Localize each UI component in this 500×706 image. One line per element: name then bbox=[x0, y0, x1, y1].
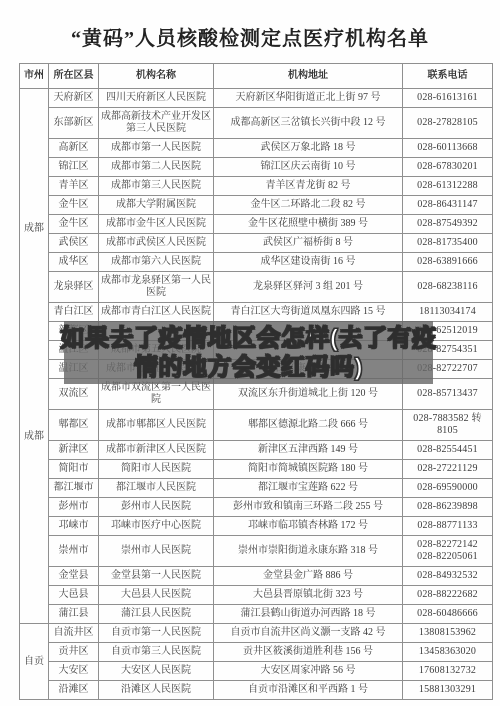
phone-cell: 028-60113668 bbox=[403, 139, 493, 158]
district-cell: 崇州市 bbox=[49, 536, 99, 567]
header-institution-name: 机构名称 bbox=[99, 64, 214, 89]
phone-cell: 13808153962 bbox=[403, 624, 493, 643]
institution-name-cell: 成都市龙泉驿区第一人民医院 bbox=[99, 272, 214, 303]
header-phone: 联系电话 bbox=[403, 64, 493, 89]
page-title: “黄码”人员核酸检测定点医疗机构名单 bbox=[0, 0, 500, 51]
institution-address-cell: 金牛区花照壁中横街 389 号 bbox=[214, 215, 403, 234]
city-label: 成都 bbox=[20, 223, 48, 235]
phone-cell: 028-7883582 转 8105 bbox=[403, 410, 493, 441]
table-row: 金牛区成都市金牛区人民医院金牛区花照壁中横街 389 号028-87549392 bbox=[20, 215, 493, 234]
district-cell: 都江堰市 bbox=[49, 479, 99, 498]
institution-address-cell: 新津区五津西路 149 号 bbox=[214, 441, 403, 460]
institution-name-cell: 成都市第六人民医院 bbox=[99, 253, 214, 272]
institution-name-cell: 成都大学附属医院 bbox=[99, 196, 214, 215]
institution-address-cell: 武侯区万象北路 18 号 bbox=[214, 139, 403, 158]
table-row: 金堂县金堂县第一人民医院金堂县金广路 886 号028-84932532 bbox=[20, 567, 493, 586]
district-cell: 龙泉驿区 bbox=[49, 272, 99, 303]
institution-name-cell: 成都市金牛区人民医院 bbox=[99, 215, 214, 234]
phone-cell: 028-88771133 bbox=[403, 517, 493, 536]
institution-address-cell: 大安区周家冲路 56 号 bbox=[214, 662, 403, 681]
city-label: 成都 bbox=[20, 431, 48, 443]
table-row: 龙泉驿区成都市龙泉驿区第一人民医院龙泉驿区驿河 3 组 201 号028-682… bbox=[20, 272, 493, 303]
district-cell: 贡井区 bbox=[49, 643, 99, 662]
institution-address-cell: 大邑县晋原镇北街 323 号 bbox=[214, 586, 403, 605]
table-row: 成华区成都市第六人民医院成华区建设南街 16 号028-63891666 bbox=[20, 253, 493, 272]
institution-name-cell: 简阳市人民医院 bbox=[99, 460, 214, 479]
city-cell: 成都成都 bbox=[20, 89, 49, 624]
institution-address-cell: 自贡市自流井区尚义灏一支路 42 号 bbox=[214, 624, 403, 643]
institution-address-cell: 武侯区广福桥街 8 号 bbox=[214, 234, 403, 253]
table-row: 高新区成都市第一人民医院武侯区万象北路 18 号028-60113668 bbox=[20, 139, 493, 158]
institution-address-cell: 贡井区筱溪街道胜利巷 156 号 bbox=[214, 643, 403, 662]
institution-name-cell: 金堂县第一人民医院 bbox=[99, 567, 214, 586]
phone-cell: 028-87549392 bbox=[403, 215, 493, 234]
phone-cell: 028-82272142 028-82205061 bbox=[403, 536, 493, 567]
institution-address-cell: 简阳市简城镇医院路 180 号 bbox=[214, 460, 403, 479]
institution-address-cell: 成华区建设南街 16 号 bbox=[214, 253, 403, 272]
header-district: 所在区县 bbox=[49, 64, 99, 89]
phone-cell: 028-61613161 bbox=[403, 89, 493, 108]
overlay-text-line1: 如果去了疫情地区会怎样(去了有疫 bbox=[61, 324, 437, 353]
table-row: 新津区成都市新津区人民医院新津区五津西路 149 号028-82554451 bbox=[20, 441, 493, 460]
district-cell: 郫都区 bbox=[49, 410, 99, 441]
table-row: 沿滩区沿滩区人民医院自贡市沿滩区和平西路 1 号15881303291 bbox=[20, 681, 493, 700]
table-row: 武侯区成都市武侯区人民医院武侯区广福桥街 8 号028-81735400 bbox=[20, 234, 493, 253]
district-cell: 沿滩区 bbox=[49, 681, 99, 700]
table-row: 大安区大安区人民医院大安区周家冲路 56 号17608132732 bbox=[20, 662, 493, 681]
district-cell: 东部新区 bbox=[49, 108, 99, 139]
institution-address-cell: 郫都区德源北路二段 666 号 bbox=[214, 410, 403, 441]
institution-address-cell: 金牛区二环路北二段 82 号 bbox=[214, 196, 403, 215]
table-row: 金牛区成都大学附属医院金牛区二环路北二段 82 号028-86431147 bbox=[20, 196, 493, 215]
institution-name-cell: 大安区人民医院 bbox=[99, 662, 214, 681]
district-cell: 新津区 bbox=[49, 441, 99, 460]
phone-cell: 18113034174 bbox=[403, 303, 493, 322]
institution-address-cell: 龙泉驿区驿河 3 组 201 号 bbox=[214, 272, 403, 303]
header-institution-address: 机构地址 bbox=[214, 64, 403, 89]
institution-name-cell: 都江堰市人民医院 bbox=[99, 479, 214, 498]
institution-address-cell: 都江堰市宝莲路 622 号 bbox=[214, 479, 403, 498]
phone-cell: 028-61312288 bbox=[403, 177, 493, 196]
phone-cell: 17608132732 bbox=[403, 662, 493, 681]
phone-cell: 028-63891666 bbox=[403, 253, 493, 272]
city-label: 自贡 bbox=[20, 656, 48, 668]
city-cell: 自贡 bbox=[20, 624, 49, 700]
phone-cell: 028-82554451 bbox=[403, 441, 493, 460]
institution-name-cell: 成都市青白江区人民医院 bbox=[99, 303, 214, 322]
phone-cell: 028-68238116 bbox=[403, 272, 493, 303]
district-cell: 高新区 bbox=[49, 139, 99, 158]
district-cell: 自流井区 bbox=[49, 624, 99, 643]
table-body: 成都成都天府新区四川天府新区人民医院天府新区华阳街道正北上街 97 号028-6… bbox=[20, 89, 493, 700]
district-cell: 彭州市 bbox=[49, 498, 99, 517]
institution-name-cell: 成都高新技术产业开发区第三人民医院 bbox=[99, 108, 214, 139]
phone-cell: 028-27828105 bbox=[403, 108, 493, 139]
table-row: 青白江区成都市青白江区人民医院青白江区大弯街道凤凰东四路 15 号1811303… bbox=[20, 303, 493, 322]
institution-name-cell: 邛崃市医疗中心医院 bbox=[99, 517, 214, 536]
table-header-row: 市州 所在区县 机构名称 机构地址 联系电话 bbox=[20, 64, 493, 89]
table-row: 彭州市彭州市人民医院彭州市致和镇南三环路二段 255 号028-86239898 bbox=[20, 498, 493, 517]
phone-cell: 028-27221129 bbox=[403, 460, 493, 479]
table-row: 贡井区自贡市第三人民医院贡井区筱溪街道胜利巷 156 号13458363020 bbox=[20, 643, 493, 662]
institution-address-cell: 自贡市沿滩区和平西路 1 号 bbox=[214, 681, 403, 700]
district-cell: 成华区 bbox=[49, 253, 99, 272]
institution-name-cell: 成都市第三人民医院 bbox=[99, 177, 214, 196]
table-row: 都江堰市都江堰市人民医院都江堰市宝莲路 622 号028-69590000 bbox=[20, 479, 493, 498]
institution-address-cell: 成都高新区三岔镇长兴街中段 12 号 bbox=[214, 108, 403, 139]
institution-name-cell: 成都市郫都区人民医院 bbox=[99, 410, 214, 441]
institution-name-cell: 沿滩区人民医院 bbox=[99, 681, 214, 700]
institution-name-cell: 大邑县人民医院 bbox=[99, 586, 214, 605]
overlay-text-line2: 情的地方会变红码吗) bbox=[134, 353, 363, 382]
institution-address-cell: 青羊区青龙街 82 号 bbox=[214, 177, 403, 196]
phone-cell: 028-60486666 bbox=[403, 605, 493, 624]
phone-cell: 028-86431147 bbox=[403, 196, 493, 215]
district-cell: 青羊区 bbox=[49, 177, 99, 196]
district-cell: 天府新区 bbox=[49, 89, 99, 108]
institution-address-cell: 天府新区华阳街道正北上街 97 号 bbox=[214, 89, 403, 108]
table-row: 邛崃市邛崃市医疗中心医院邛崃市临邛镇杏林路 172 号028-88771133 bbox=[20, 517, 493, 536]
institution-name-cell: 成都市新津区人民医院 bbox=[99, 441, 214, 460]
table-row: 成都成都天府新区四川天府新区人民医院天府新区华阳街道正北上街 97 号028-6… bbox=[20, 89, 493, 108]
institution-address-cell: 邛崃市临邛镇杏林路 172 号 bbox=[214, 517, 403, 536]
district-cell: 锦江区 bbox=[49, 158, 99, 177]
table-row: 简阳市简阳市人民医院简阳市简城镇医院路 180 号028-27221129 bbox=[20, 460, 493, 479]
phone-cell: 028-86239898 bbox=[403, 498, 493, 517]
district-cell: 邛崃市 bbox=[49, 517, 99, 536]
institution-address-cell: 锦江区庆云南街 10 号 bbox=[214, 158, 403, 177]
institution-name-cell: 蒲江县人民医院 bbox=[99, 605, 214, 624]
institution-name-cell: 自贡市第三人民医院 bbox=[99, 643, 214, 662]
institution-address-cell: 蒲江县鹤山街道办河西路 18 号 bbox=[214, 605, 403, 624]
watermark-overlay: 如果去了疫情地区会怎样(去了有疫 情的地方会变红码吗) bbox=[64, 321, 433, 384]
phone-cell: 028-84932532 bbox=[403, 567, 493, 586]
district-cell: 金牛区 bbox=[49, 196, 99, 215]
table-row: 东部新区成都高新技术产业开发区第三人民医院成都高新区三岔镇长兴街中段 12 号0… bbox=[20, 108, 493, 139]
institution-name-cell: 四川天府新区人民医院 bbox=[99, 89, 214, 108]
institution-name-cell: 自贡市第一人民医院 bbox=[99, 624, 214, 643]
institution-address-cell: 青白江区大弯街道凤凰东四路 15 号 bbox=[214, 303, 403, 322]
document-page: “黄码”人员核酸检测定点医疗机构名单 市州 所在区县 机构名称 机构地址 联系电… bbox=[0, 0, 500, 706]
district-cell: 简阳市 bbox=[49, 460, 99, 479]
table-row: 蒲江县蒲江县人民医院蒲江县鹤山街道办河西路 18 号028-60486666 bbox=[20, 605, 493, 624]
table-row: 崇州市崇州市人民医院崇州市崇阳街道永康东路 318 号028-82272142 … bbox=[20, 536, 493, 567]
institution-address-cell: 金堂县金广路 886 号 bbox=[214, 567, 403, 586]
institution-name-cell: 成都市武侯区人民医院 bbox=[99, 234, 214, 253]
district-cell: 大安区 bbox=[49, 662, 99, 681]
phone-cell: 13458363020 bbox=[403, 643, 493, 662]
institution-name-cell: 彭州市人民医院 bbox=[99, 498, 214, 517]
institution-address-cell: 彭州市致和镇南三环路二段 255 号 bbox=[214, 498, 403, 517]
phone-cell: 028-69590000 bbox=[403, 479, 493, 498]
table-row: 锦江区成都市第二人民医院锦江区庆云南街 10 号028-67830201 bbox=[20, 158, 493, 177]
institution-name-cell: 成都市第一人民医院 bbox=[99, 139, 214, 158]
phone-cell: 15881303291 bbox=[403, 681, 493, 700]
institution-name-cell: 成都市第二人民医院 bbox=[99, 158, 214, 177]
phone-cell: 028-67830201 bbox=[403, 158, 493, 177]
phone-cell: 028-88222682 bbox=[403, 586, 493, 605]
phone-cell: 028-81735400 bbox=[403, 234, 493, 253]
table-row: 郫都区成都市郫都区人民医院郫都区德源北路二段 666 号028-7883582 … bbox=[20, 410, 493, 441]
table-row: 青羊区成都市第三人民医院青羊区青龙街 82 号028-61312288 bbox=[20, 177, 493, 196]
institution-name-cell: 崇州市人民医院 bbox=[99, 536, 214, 567]
table-row: 自贡自流井区自贡市第一人民医院自贡市自流井区尚义灏一支路 42 号1380815… bbox=[20, 624, 493, 643]
district-cell: 金堂县 bbox=[49, 567, 99, 586]
table-row: 大邑县大邑县人民医院大邑县晋原镇北街 323 号028-88222682 bbox=[20, 586, 493, 605]
district-cell: 青白江区 bbox=[49, 303, 99, 322]
header-city: 市州 bbox=[20, 64, 49, 89]
institution-address-cell: 崇州市崇阳街道永康东路 318 号 bbox=[214, 536, 403, 567]
district-cell: 金牛区 bbox=[49, 215, 99, 234]
district-cell: 蒲江县 bbox=[49, 605, 99, 624]
district-cell: 武侯区 bbox=[49, 234, 99, 253]
district-cell: 大邑县 bbox=[49, 586, 99, 605]
